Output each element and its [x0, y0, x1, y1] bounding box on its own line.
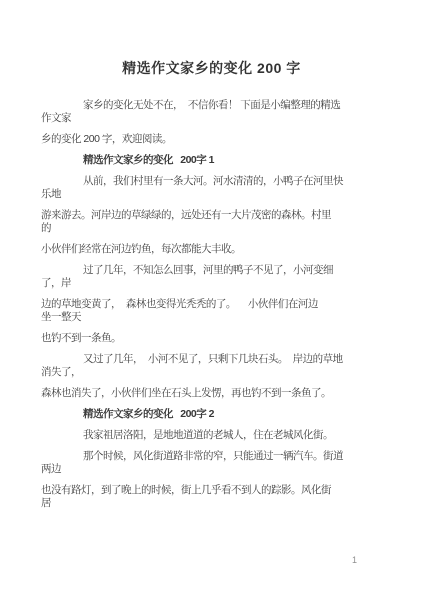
text-line: 边的草地变黄了， 森林也变得光秃秃的了。 小伙伴们在河边 [41, 298, 383, 311]
text-line: 游来游去。河岸边的草绿绿的，远处还有一大片茂密的森林。村里 [41, 209, 383, 222]
text-line: 我家祖居洛阳，是地地道道的老城人，住在老城风化街。 [41, 429, 383, 442]
document-page: 精选作文家乡的变化 200 字 家乡的变化无处不在， 不信你看！ 下面是小编整理… [0, 0, 423, 600]
text-line: 消失了， [41, 366, 383, 379]
text-line: 过了几年，不知怎么回事，河里的鸭子不见了，小河变细 [41, 264, 383, 277]
text-line: 又过了几年， 小河不见了，只剩下几块石头。 岸边的草地 [41, 353, 383, 366]
text-line: 小伙伴们经常在河边钓鱼，每次都能大丰收。 [41, 243, 383, 256]
text-line: 两边 [41, 463, 383, 476]
text-line: 作文家 [41, 112, 383, 125]
text-line: 的 [41, 222, 383, 235]
essay-heading-1: 精选作文家乡的变化 200字 1 [41, 154, 383, 167]
text-line: 乡的变化 200 字，欢迎阅读。 [41, 133, 383, 146]
text-line: 了，岸 [41, 277, 383, 290]
essay-heading-2: 精选作文家乡的变化 200字 2 [41, 408, 383, 421]
text-line: 也没有路灯，到了晚上的时候，街上几乎看不到人的踪影。风化街 [41, 484, 383, 497]
text-line: 居 [41, 497, 383, 510]
text-line: 森林也消失了，小伙伴们坐在石头上发愣，再也钓不到一条鱼了。 [41, 387, 383, 400]
text-line: 乐地 [41, 188, 383, 201]
page-number: 1 [352, 555, 357, 565]
text-line: 从前，我们村里有一条大河。河水清清的，小鸭子在河里快 [41, 175, 383, 188]
text-line: 也钓不到一条鱼。 [41, 332, 383, 345]
text-line: 坐一整天 [41, 311, 383, 324]
text-line: 那个时候，风化街道路非常的窄，只能通过一辆汽车。街道 [41, 450, 383, 463]
text-line: 家乡的变化无处不在， 不信你看！ 下面是小编整理的精选 [41, 99, 383, 112]
document-title: 精选作文家乡的变化 200 字 [0, 0, 423, 76]
document-body: 家乡的变化无处不在， 不信你看！ 下面是小编整理的精选 作文家 乡的变化 200… [0, 99, 423, 510]
